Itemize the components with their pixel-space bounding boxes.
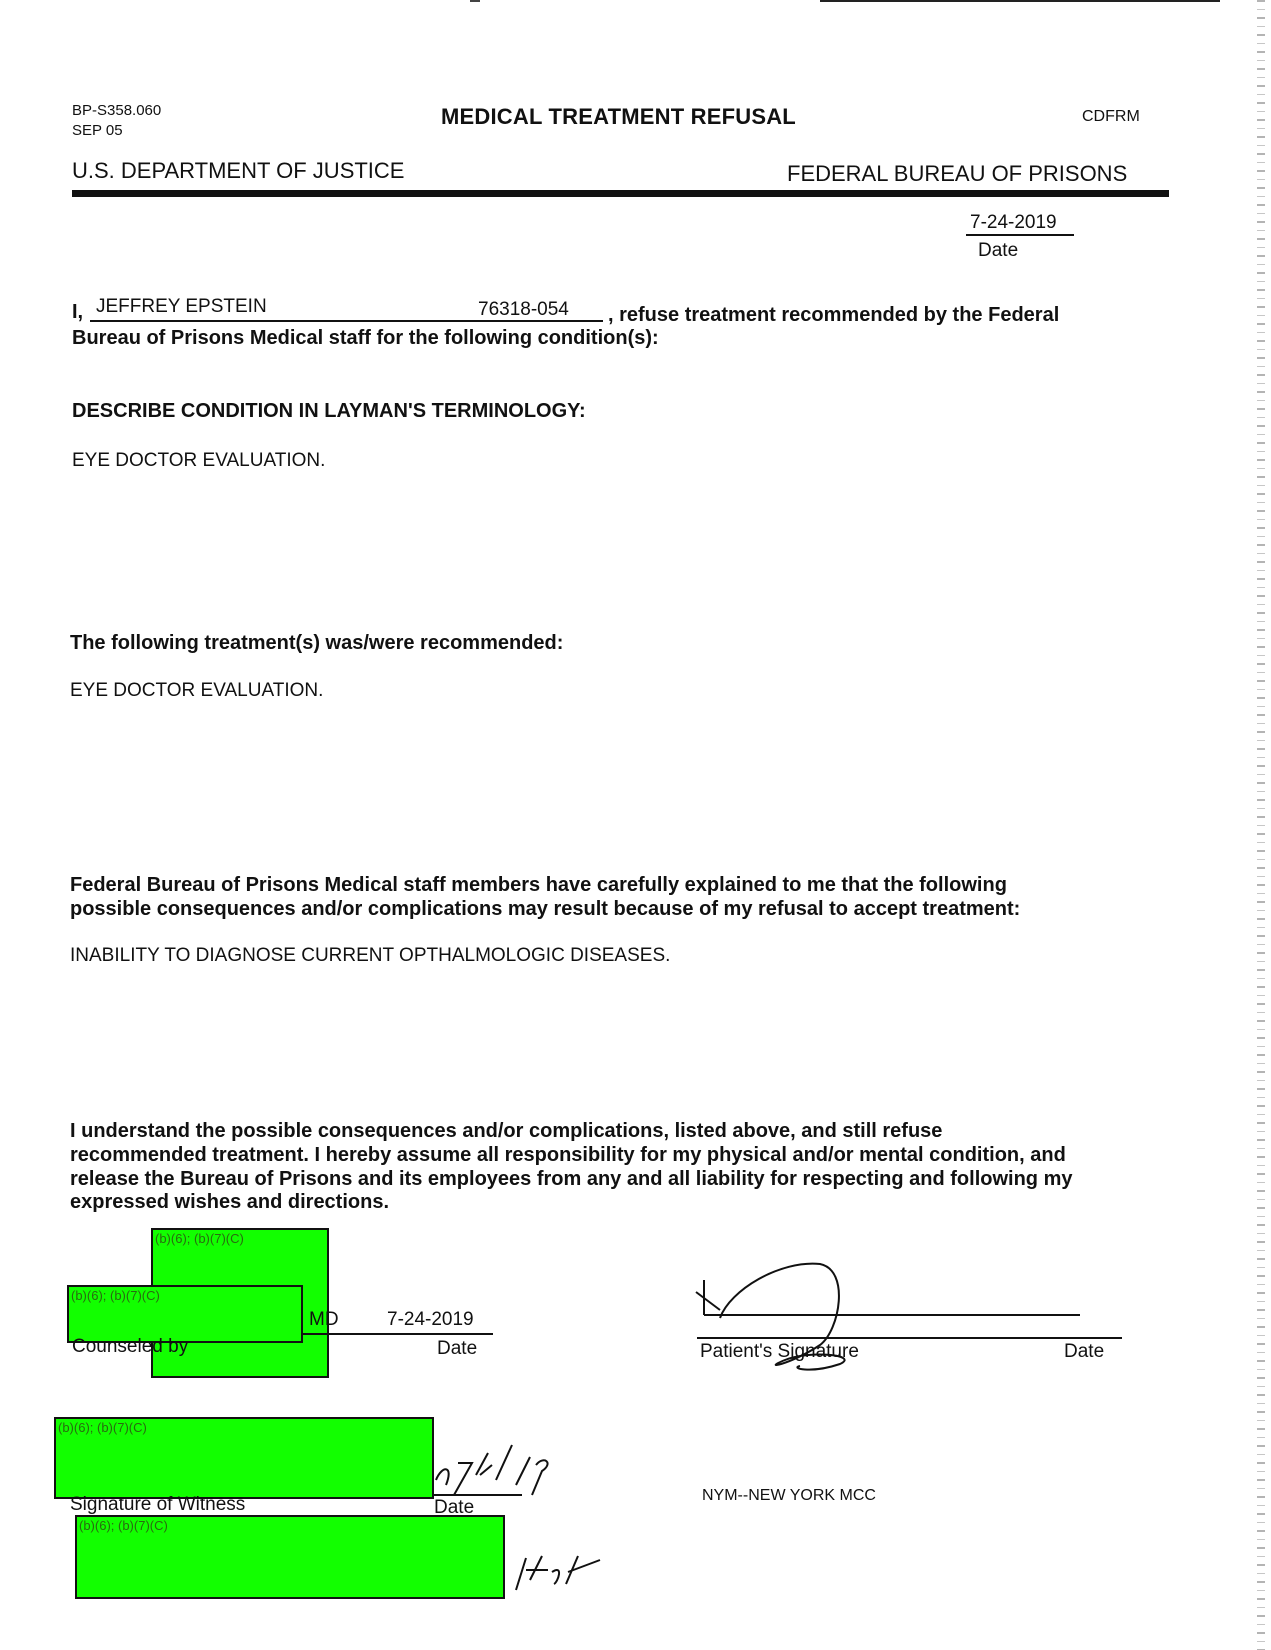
acknowledgement-line-1: I understand the possible consequences a… <box>70 1119 942 1143</box>
counselor-date-field[interactable]: 7-24-2019 <box>387 1309 474 1331</box>
redaction-box: (b)(6); (b)(7)(C) <box>75 1515 505 1599</box>
patient-signature[interactable] <box>690 1270 930 1380</box>
consequences-heading-line-2: possible consequences and/or complicatio… <box>70 897 1020 921</box>
register-number-field[interactable]: 76318-054 <box>478 299 569 321</box>
redaction-label: (b)(6); (b)(7)(C) <box>71 1288 160 1303</box>
form-date-label: Date <box>978 240 1018 262</box>
condition-heading: DESCRIBE CONDITION IN LAYMAN'S TERMINOLO… <box>72 399 586 423</box>
treatment-field[interactable]: EYE DOCTOR EVALUATION. <box>70 680 323 702</box>
consequences-heading-line-1: Federal Bureau of Prisons Medical staff … <box>70 873 1007 897</box>
date-underline <box>966 234 1074 236</box>
bureau-name: FEDERAL BUREAU OF PRISONS <box>787 161 1127 187</box>
witness-handwritten-time <box>508 1550 618 1600</box>
condition-field[interactable]: EYE DOCTOR EVALUATION. <box>72 450 325 472</box>
redaction-box: (b)(6); (b)(7)(C) <box>67 1285 303 1343</box>
redaction-label: (b)(6); (b)(7)(C) <box>155 1231 244 1246</box>
scan-edge-artifact <box>1257 0 1265 1650</box>
form-tag: CDFRM <box>1082 108 1140 126</box>
patient-signature-label: Patient's Signature <box>700 1341 859 1363</box>
patient-name-field[interactable]: JEFFREY EPSTEIN <box>96 296 267 318</box>
consequences-field[interactable]: INABILITY TO DIAGNOSE CURRENT OPTHALMOLO… <box>70 945 670 967</box>
form-date-value[interactable]: 7-24-2019 <box>970 212 1057 234</box>
patient-signature-line <box>697 1337 1122 1339</box>
counselor-label: Counseled by <box>72 1336 188 1358</box>
form-date: SEP 05 <box>72 122 123 140</box>
statement-prefix: I, <box>72 300 83 324</box>
acknowledgement-line-4: expressed wishes and directions. <box>70 1190 389 1214</box>
facility-name: NYM--NEW YORK MCC <box>702 1487 876 1505</box>
redaction-label: (b)(6); (b)(7)(C) <box>58 1420 147 1435</box>
treatment-heading: The following treatment(s) was/were reco… <box>70 631 563 655</box>
counselor-date-label: Date <box>437 1338 477 1360</box>
scan-artifact <box>470 0 480 2</box>
statement-line-1: , refuse treatment recommended by the Fe… <box>608 303 1059 327</box>
witness-label: Signature of Witness <box>70 1494 245 1516</box>
patient-date-label: Date <box>1064 1341 1104 1363</box>
page-title: MEDICAL TREATMENT REFUSAL <box>441 104 796 130</box>
department-name: U.S. DEPARTMENT OF JUSTICE <box>72 158 404 184</box>
witness-date-underline <box>434 1494 522 1496</box>
scan-artifact <box>820 0 1220 2</box>
counselor-underline <box>303 1333 493 1335</box>
acknowledgement-line-3: release the Bureau of Prisons and its em… <box>70 1167 1072 1191</box>
statement-line-2: Bureau of Prisons Medical staff for the … <box>72 326 659 350</box>
header-divider <box>72 190 1169 197</box>
counselor-credential: MD <box>309 1309 339 1331</box>
redaction-label: (b)(6); (b)(7)(C) <box>79 1518 168 1533</box>
redaction-box: (b)(6); (b)(7)(C) <box>54 1417 434 1499</box>
acknowledgement-line-2: recommended treatment. I hereby assume a… <box>70 1143 1066 1167</box>
form-code: BP-S358.060 <box>72 102 161 120</box>
name-underline <box>90 320 603 322</box>
